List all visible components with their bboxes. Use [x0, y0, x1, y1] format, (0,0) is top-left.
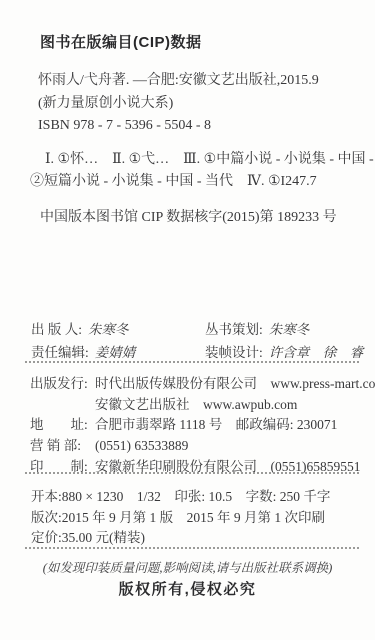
marketing-label: 营 销 部: [30, 436, 95, 457]
classification-line-1: Ⅰ. ①怀… Ⅱ. ①弋… Ⅲ. ①中篇小说 - 小说集 - 中国 - 当代 [30, 149, 375, 171]
staff-row: 出 版 人:朱寒冬 丛书策划:朱寒冬 [31, 319, 357, 342]
classification-line-2: ②短篇小说 - 小说集 - 中国 - 当代 Ⅳ. ①I247.7 [30, 171, 375, 193]
spec-row-format: 开本: 880 × 1230 1/32 印张: 10.5 字数: 250 千字 [31, 487, 330, 508]
designer-names: 许含章 徐 睿 [269, 345, 364, 360]
marketing-value: (0551) 63533889 [95, 436, 188, 457]
cip-record-line: 中国版本图书馆 CIP 数据核字(2015)第 189233 号 [40, 206, 337, 226]
publisher-name: 朱寒冬 [88, 322, 129, 337]
staff-cell-publisher: 出 版 人:朱寒冬 [31, 319, 205, 342]
series-planner-name: 朱寒冬 [269, 322, 310, 337]
divider-dotted-line [25, 547, 359, 549]
copyright-statement: 版权所有,侵权必究 [0, 578, 375, 599]
address-value: 合肥市翡翠路 1118 号 邮政编码: 230071 [95, 415, 337, 436]
book-series-line: (新力量原创小说大系) [38, 93, 319, 116]
printer-value: 安徽新华印刷股份有限公司 (0551)65859551 [95, 457, 361, 478]
press-value: 安徽文艺出版社 www.awpub.com [95, 395, 297, 416]
staff-block: 出 版 人:朱寒冬 丛书策划:朱寒冬 责任编辑:姜婧婧 装帧设计:许含章 徐 睿 [31, 319, 357, 364]
series-planner-label: 丛书策划: [205, 322, 263, 337]
cip-copyright-page: 图书在版编目(CIP)数据 怀雨人/弋舟著. —合肥:安徽文艺出版社,2015.… [0, 0, 375, 640]
price-label: 定价: [31, 528, 62, 549]
staff-cell-series-planner: 丛书策划:朱寒冬 [205, 319, 309, 342]
publishing-block: 出版发行: 时代出版传媒股份有限公司 www.press-mart.com 安徽… [30, 374, 375, 478]
cip-heading: 图书在版编目(CIP)数据 [40, 31, 202, 52]
distributor-value: 时代出版传媒股份有限公司 www.press-mart.com [95, 374, 375, 395]
editor-label: 责任编辑: [31, 345, 89, 360]
classification-block: Ⅰ. ①怀… Ⅱ. ①弋… Ⅲ. ①中篇小说 - 小说集 - 中国 - 当代 ②… [30, 149, 375, 192]
price-value: 35.00 元(精装) [62, 528, 145, 549]
spec-row-edition: 版次: 2015 年 9 月第 1 版 2015 年 9 月第 1 次印刷 [31, 508, 330, 529]
publishing-row-distributor: 出版发行: 时代出版传媒股份有限公司 www.press-mart.com [30, 374, 375, 395]
book-isbn-line: ISBN 978 - 7 - 5396 - 5504 - 8 [38, 115, 319, 138]
press-label [30, 395, 95, 416]
publishing-row-marketing: 营 销 部: (0551) 63533889 [30, 436, 375, 457]
divider-dotted-line [25, 472, 359, 474]
book-info-block: 怀雨人/弋舟著. —合肥:安徽文艺出版社,2015.9 (新力量原创小说大系) … [38, 70, 319, 138]
printer-label: 印 制: [30, 457, 95, 478]
edition-value: 2015 年 9 月第 1 版 2015 年 9 月第 1 次印刷 [62, 508, 325, 529]
editor-name: 姜婧婧 [95, 345, 136, 360]
address-label: 地 址: [30, 415, 95, 436]
publishing-row-printer: 印 制: 安徽新华印刷股份有限公司 (0551)65859551 [30, 457, 375, 478]
publisher-label: 出 版 人: [31, 322, 82, 337]
distributor-label: 出版发行: [30, 374, 95, 395]
format-label: 开本: [31, 487, 62, 508]
publishing-row-address: 地 址: 合肥市翡翠路 1118 号 邮政编码: 230071 [30, 415, 375, 436]
format-value: 880 × 1230 1/32 印张: 10.5 字数: 250 千字 [62, 487, 331, 508]
designer-label: 装帧设计: [205, 345, 263, 360]
spec-row-price: 定价: 35.00 元(精装) [31, 528, 330, 549]
publishing-row-press: 安徽文艺出版社 www.awpub.com [30, 395, 375, 416]
print-specs-block: 开本: 880 × 1230 1/32 印张: 10.5 字数: 250 千字 … [31, 487, 330, 549]
divider-dotted-line [25, 361, 359, 363]
quality-note: (如发现印装质量问题,影响阅读,请与出版社联系调换) [0, 558, 375, 576]
edition-label: 版次: [31, 508, 62, 529]
book-title-line: 怀雨人/弋舟著. —合肥:安徽文艺出版社,2015.9 [38, 70, 319, 93]
